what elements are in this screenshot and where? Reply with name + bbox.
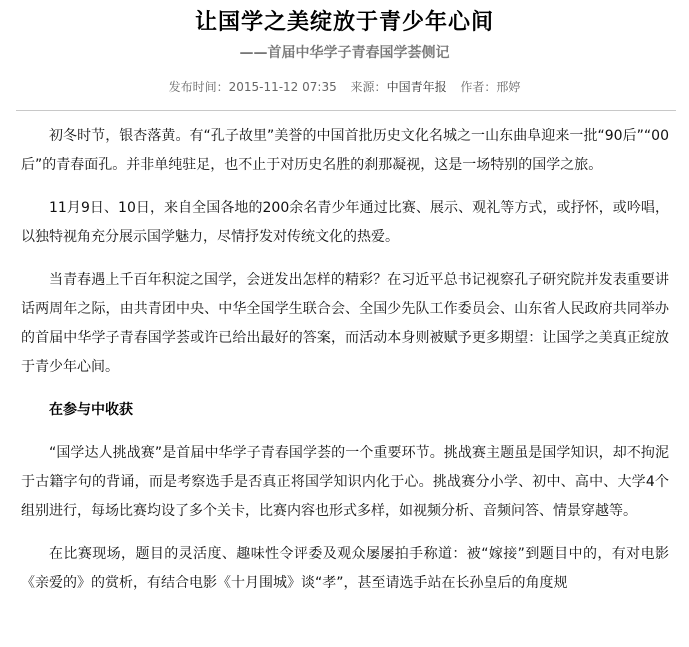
author-label: 作者： [460, 80, 496, 94]
publish-time: 2015-11-12 07:35 [229, 80, 337, 94]
author-name: 邢婷 [496, 80, 520, 94]
paragraph: 11月9日、10日，来自全国各地的200余名青少年通过比赛、展示、观礼等方式，或… [21, 194, 669, 252]
article-subtitle: ——首届中华学子青春国学荟侧记 [0, 43, 689, 63]
paragraph: “国学达人挑战赛”是首届中华学子青春国学荟的一个重要环节。挑战赛主题虽是国学知识… [21, 439, 669, 526]
article-body: 初冬时节，银杏落黄。有“孔子故里”美誉的中国首批历史文化名城之一山东曲阜迎来一批… [21, 122, 669, 612]
paragraph: 当青春遇上千百年积淀之国学，会迸发出怎样的精彩？在习近平总书记视察孔子研究院并发… [21, 266, 669, 382]
header-divider [16, 110, 676, 111]
article-meta: 发布时间：2015-11-12 07:35 来源：中国青年报 作者：邢婷 [0, 78, 689, 96]
paragraph: 初冬时节，银杏落黄。有“孔子故里”美誉的中国首批历史文化名城之一山东曲阜迎来一批… [21, 122, 669, 180]
article-title: 让国学之美绽放于青少年心间 [0, 8, 689, 36]
publish-time-label: 发布时间： [169, 80, 229, 94]
source-name[interactable]: 中国青年报 [387, 80, 447, 94]
section-heading: 在参与中收获 [21, 396, 669, 425]
paragraph: 在比赛现场，题目的灵活度、趣味性令评委及观众屡屡拍手称道：被“嫁接”到题目中的，… [21, 540, 669, 598]
source-label: 来源： [351, 80, 387, 94]
